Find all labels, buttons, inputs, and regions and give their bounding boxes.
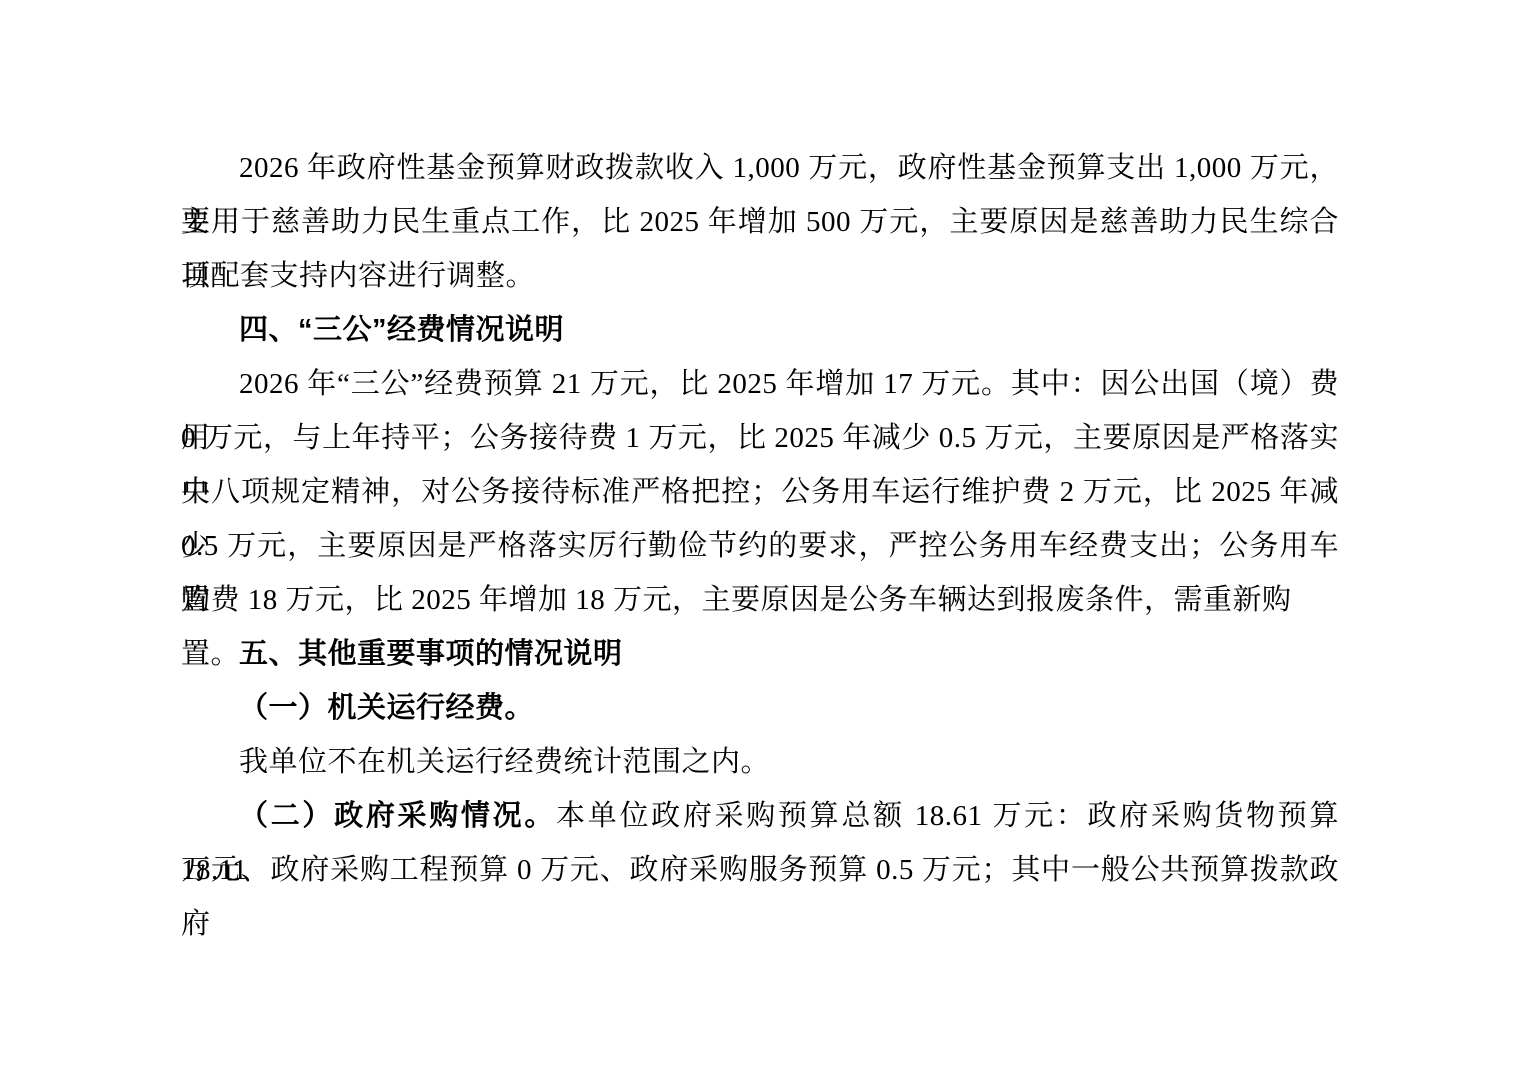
text-line: 万元、政府采购工程预算 0 万元、政府采购服务预算 0.5 万元；其中一般公共预… [181,843,1339,897]
text-line: 0.5 万元，主要原因是严格落实厉行勤俭节约的要求，严控公务用车经费支出；公务用… [181,519,1339,573]
government-procurement-paragraph: （二）政府采购情况。本单位政府采购预算总额 18.61 万元：政府采购货物预算 … [181,789,1339,897]
text-line: 置费 18 万元，比 2025 年增加 18 万元，主要原因是公务车辆达到报废条… [181,573,1339,627]
gov-fund-budget-paragraph: 2026 年政府性基金预算财政拨款收入 1,000 万元，政府性基金预算支出 1… [181,141,1339,303]
text-line: （二）政府采购情况。本单位政府采购预算总额 18.61 万元：政府采购货物预算 … [181,789,1339,843]
text-line: 央八项规定精神，对公务接待标准严格把控；公务用车运行维护费 2 万元，比 202… [181,465,1339,519]
section-four-heading: 四、“三公”经费情况说明 [181,303,1339,357]
document-page: 2026 年政府性基金预算财政拨款收入 1,000 万元，政府性基金预算支出 1… [0,0,1520,1074]
lead-text: （二）政府采购情况。 [239,800,556,832]
text-line: 要用于慈善助力民生重点工作，比 2025 年增加 500 万元，主要原因是慈善助… [181,195,1339,249]
three-public-expenses-paragraph: 2026 年“三公”经费预算 21 万元，比 2025 年增加 17 万元。其中… [181,357,1339,627]
lead-text: （一）机关运行经费。 [239,692,534,724]
text-line: 目配套支持内容进行调整。 [181,249,1339,303]
section-five-heading: 五、其他重要事项的情况说明 [181,627,1339,681]
agency-operating-funds-paragraph: 我单位不在机关运行经费统计范围之内。 [181,735,1339,789]
agency-operating-funds-subheading: （一）机关运行经费。 [181,681,1339,735]
text-line: （一）机关运行经费。 [181,681,1339,735]
text-line: 我单位不在机关运行经费统计范围之内。 [181,735,1339,789]
text-line: 0 万元，与上年持平；公务接待费 1 万元，比 2025 年减少 0.5 万元，… [181,411,1339,465]
text-line: 2026 年政府性基金预算财政拨款收入 1,000 万元，政府性基金预算支出 1… [181,141,1339,195]
text-line: 2026 年“三公”经费预算 21 万元，比 2025 年增加 17 万元。其中… [181,357,1339,411]
